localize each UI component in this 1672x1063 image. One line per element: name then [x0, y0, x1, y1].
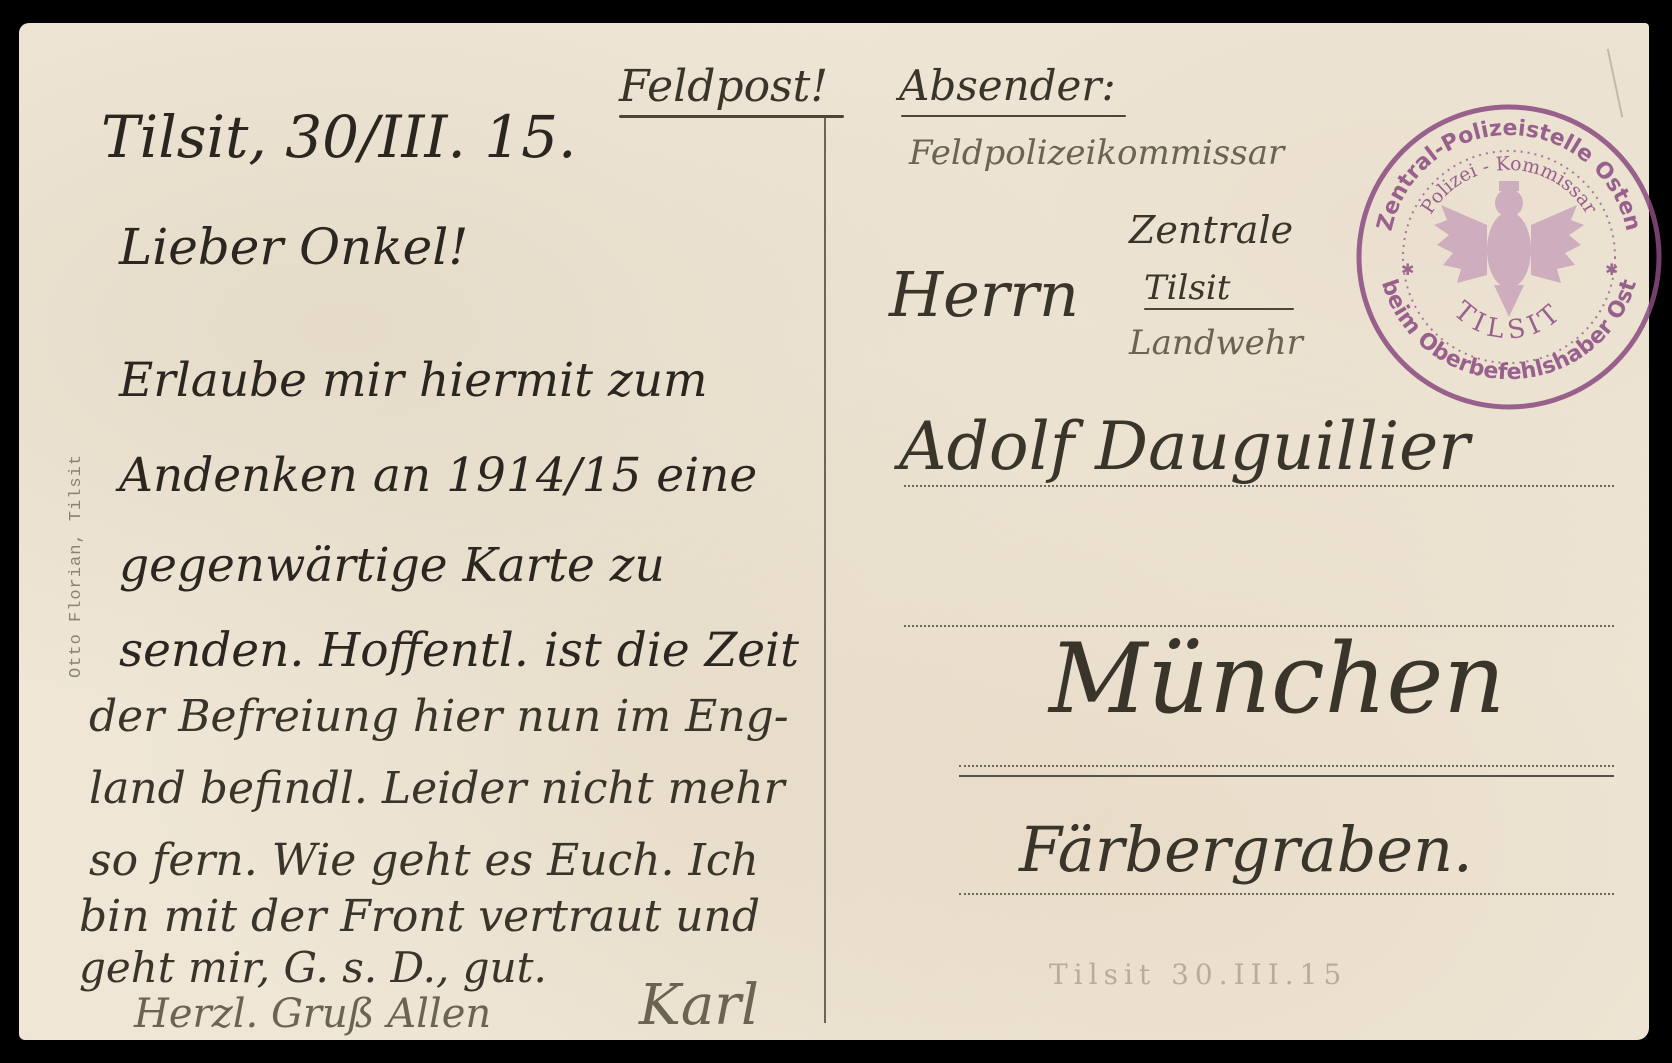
sender-line: Tilsit: [1144, 268, 1230, 308]
police-stamp: Zentral-Polizeistelle Osten Polizei - Ko…: [1349, 85, 1669, 415]
message-line: so fern. Wie geht es Euch. Ich: [89, 835, 759, 886]
address-salutation: Herrn: [889, 258, 1079, 331]
message-line: Erlaube mir hiermit zum: [119, 353, 708, 408]
sender-line: Landwehr: [1129, 323, 1303, 363]
signature: Karl: [639, 973, 759, 1038]
address-line-3: [959, 765, 1614, 767]
message-line: geht mir, G. s. D., gut.: [79, 943, 547, 992]
postcard: Otto Florian, Tilsit Feldpost! Absender:…: [19, 23, 1649, 1040]
message-line: gegenwärtige Karte zu: [119, 538, 665, 593]
salutation: Lieber Onkel!: [119, 218, 468, 276]
sender-underline: [901, 115, 1126, 117]
sender-city-underline: [1144, 308, 1294, 310]
message-line: land befindl. Leider nicht mehr: [89, 763, 785, 814]
recipient-street: Färbergraben.: [1019, 813, 1473, 886]
eagle-emblem-icon: [1434, 181, 1584, 317]
message-line: der Befreiung hier nun im Eng-: [89, 691, 789, 742]
recipient-name: Adolf Dauguillier: [899, 408, 1470, 485]
svg-text:✱: ✱: [1605, 260, 1618, 279]
message-line: bin mit der Front vertraut und: [79, 891, 760, 942]
feldpost-mark: Feldpost!: [619, 61, 828, 112]
pencil-note: Tilsit 30.III.15: [1049, 958, 1347, 991]
publisher-imprint: Otto Florian, Tilsit: [67, 454, 86, 678]
message-address-divider: [824, 118, 826, 1023]
sender-line: Feldpolizeikommissar: [909, 133, 1284, 173]
svg-text:✱: ✱: [1401, 260, 1414, 279]
place-date: Tilsit, 30/III. 15.: [101, 103, 576, 171]
city-underline: [959, 775, 1614, 777]
stamp-seal-icon: Zentral-Polizeistelle Osten Polizei - Ko…: [1349, 85, 1669, 415]
sender-label: Absender:: [899, 61, 1116, 110]
address-line-4: [959, 893, 1614, 895]
address-line-1: [904, 485, 1614, 487]
feldpost-underline: [619, 115, 844, 118]
closing: Herzl. Gruß Allen: [134, 991, 491, 1037]
message-line: senden. Hoffentl. ist die Zeit: [119, 623, 799, 678]
recipient-city: München: [1049, 623, 1505, 735]
message-line: Andenken an 1914/15 eine: [119, 448, 757, 503]
sender-line: Zentrale: [1129, 208, 1293, 252]
